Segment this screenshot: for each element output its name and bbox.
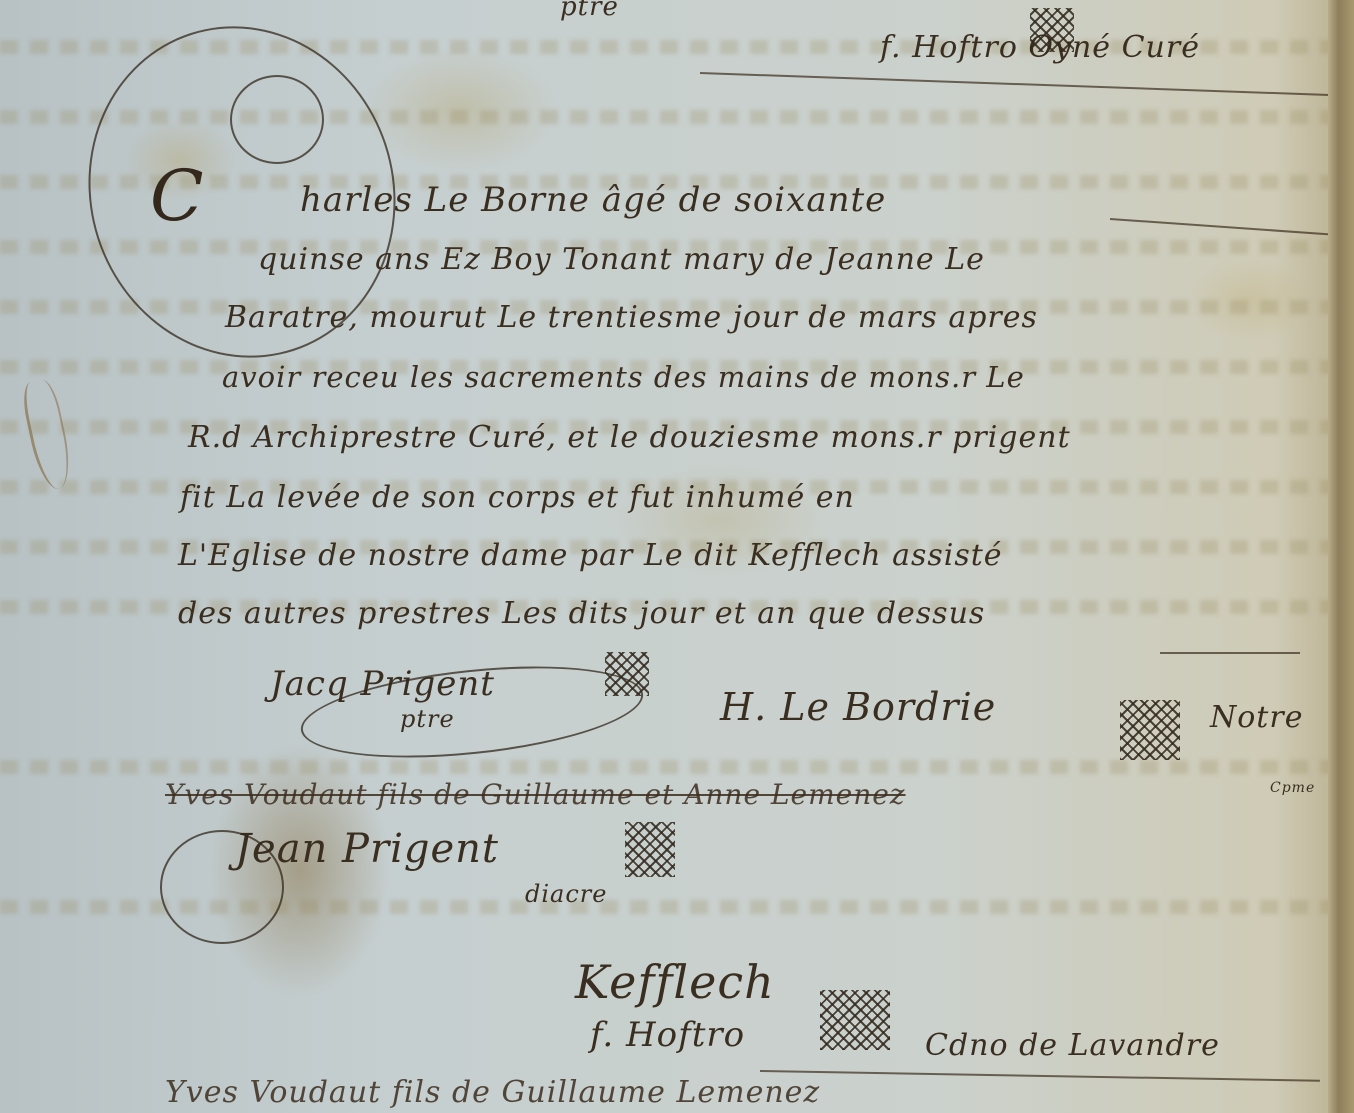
line-filler: [1110, 218, 1330, 235]
body-line: des autres prestres Les dits jour et an …: [178, 596, 985, 631]
initial-letter: C: [150, 155, 205, 237]
cross-hatch-mark: [625, 822, 675, 877]
body-line: harles Le Borne âgé de soixante: [300, 180, 886, 220]
body-line: R.d Archiprestre Curé, et le douziesme m…: [188, 420, 1071, 455]
signature-title: diacre: [525, 880, 607, 908]
signature-name: Kefflech: [575, 955, 775, 1009]
body-line: avoir receu les sacrements des mains de …: [222, 360, 1025, 394]
cross-hatch-mark: [1030, 8, 1074, 52]
signature-name: H. Le Bordrie: [720, 685, 996, 729]
manuscript-page: ptre f. Hoftro Oyné Curé C harles Le Bor…: [0, 0, 1340, 1113]
separator-rule: [700, 72, 1340, 96]
signature-flourish: [160, 830, 284, 944]
struck-line: Yves Voudaut fils de Guillaume et Anne L…: [165, 778, 906, 811]
signature-title: Notre: [1210, 700, 1303, 735]
cross-hatch-mark: [1120, 700, 1180, 760]
bleed-through-line: [0, 760, 1340, 774]
signature-underline: [760, 1070, 1320, 1082]
body-line: fit La levée de son corps et fut inhumé …: [180, 480, 855, 515]
body-line: L'Eglise de nostre dame par Le dit Keffl…: [178, 538, 1003, 573]
book-binding-edge: [1328, 0, 1354, 1113]
priest-mark: Cpme: [1270, 780, 1315, 796]
signature-name: Cdno de Lavandre: [925, 1028, 1220, 1063]
struck-line: Yves Voudaut fils de Guillaume Lemenez: [165, 1075, 820, 1110]
margin-mark: [19, 378, 76, 493]
body-line: quinse ans Ez Boy Tonant mary de Jeanne …: [258, 242, 985, 277]
initial-flourish-loop: [230, 75, 324, 164]
body-line: Baratre, mourut Le trentiesme jour de ma…: [225, 300, 1038, 335]
line-filler: [1160, 652, 1300, 654]
signature-title: f. Hoftro: [590, 1015, 745, 1055]
top-fragment-left: ptre: [560, 0, 619, 22]
cross-hatch-mark: [820, 990, 890, 1050]
